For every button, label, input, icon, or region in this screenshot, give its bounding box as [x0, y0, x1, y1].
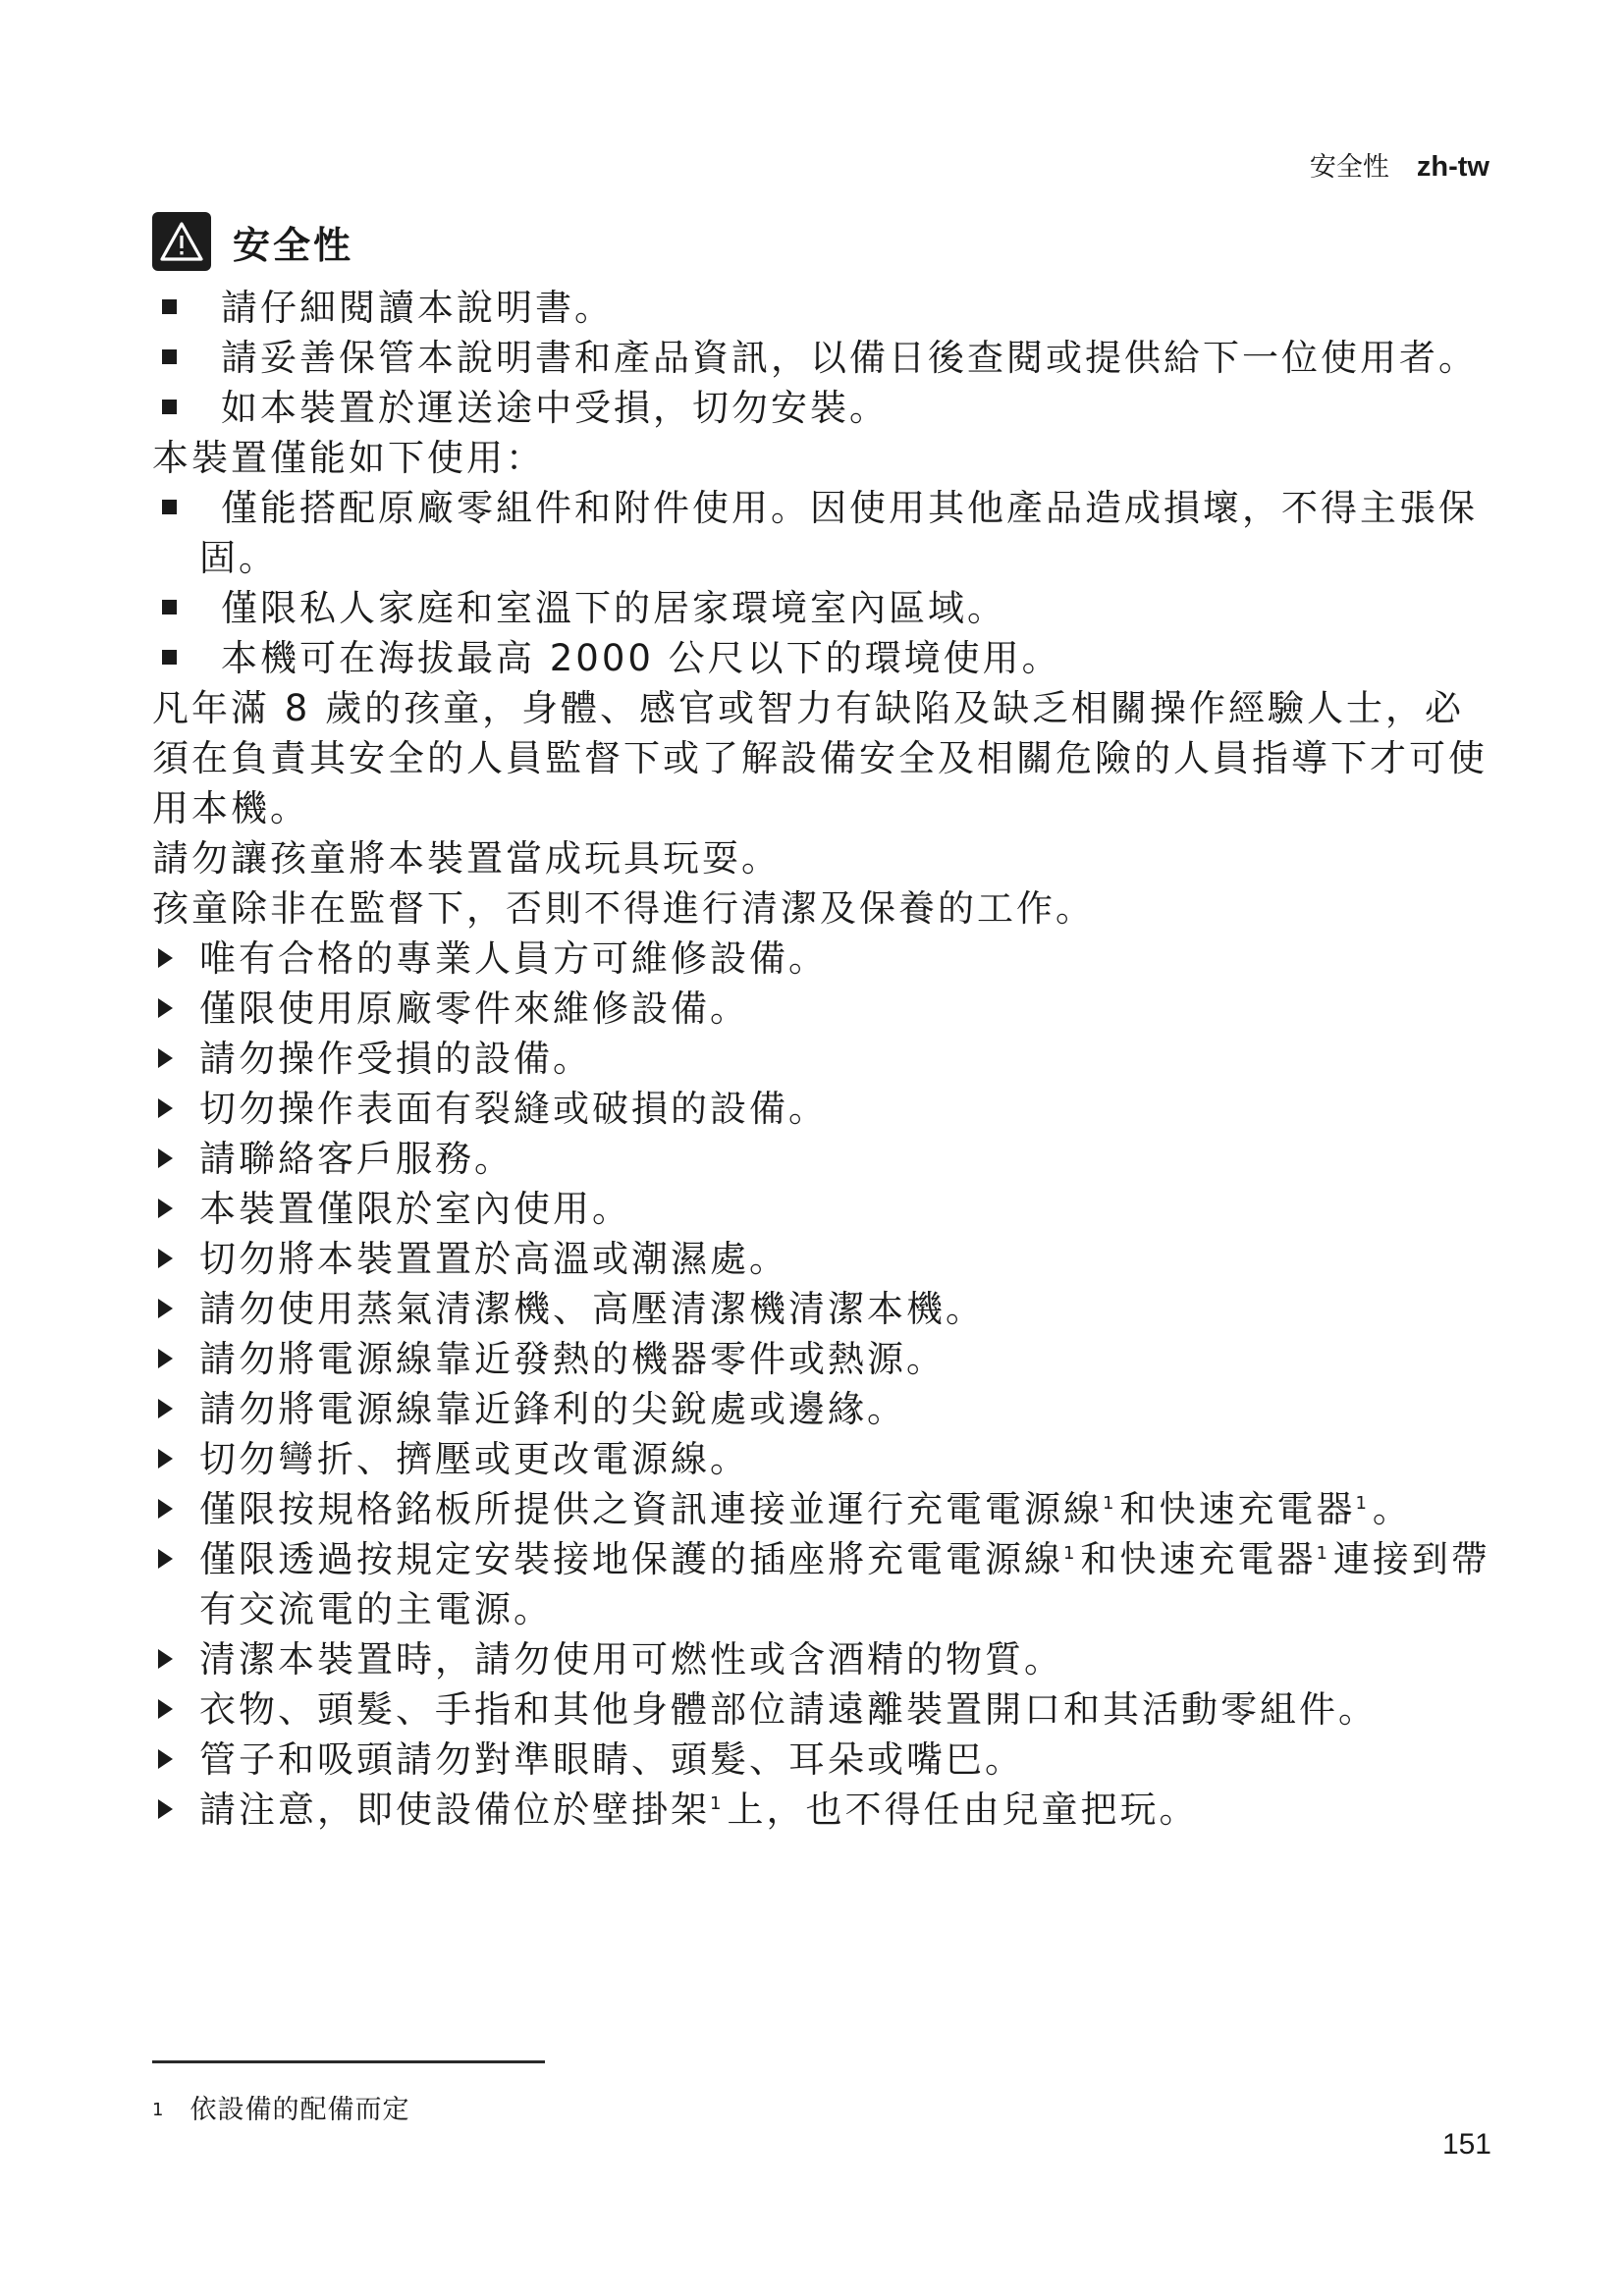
page-title: 安全性 — [233, 215, 353, 269]
triangle-bullet-icon — [158, 1098, 173, 1118]
list-item: 如本裝置於運送途中受損，切勿安裝。 — [152, 383, 1497, 433]
footnote-ref[interactable]: 1 — [1355, 1493, 1366, 1514]
list-item: 請勿使用蒸氣清潔機、高壓清潔機清潔本機。 — [152, 1284, 1497, 1334]
list-item: 切勿操作表面有裂縫或破損的設備。 — [152, 1084, 1497, 1134]
safety-content: 請仔細閱讀本說明書。 請妥善保管本說明書和產品資訊，以備日後查閱或提供給下一位使… — [152, 283, 1497, 1835]
square-bullet-icon — [162, 349, 177, 364]
running-header: 安全性zh-tw — [1310, 147, 1489, 187]
square-bullet-icon — [162, 650, 177, 665]
footnote-text: 依設備的配備而定 — [189, 2095, 409, 2125]
paragraph: 孩童除非在監督下，否則不得進行清潔及保養的工作。 — [152, 883, 1497, 934]
square-bullet-icon — [162, 600, 177, 614]
list-item: 僅能搭配原廠零組件和附件使用。因使用其他產品造成損壞，不得主張保固。 — [152, 483, 1497, 583]
triangle-bullet-icon — [158, 948, 173, 968]
triangle-bullet-icon — [158, 1649, 173, 1669]
triangle-bullet-icon — [158, 1199, 173, 1218]
triangle-bullet-icon — [158, 1299, 173, 1318]
triangle-bullet-icon — [158, 1349, 173, 1368]
list-item: 本機可在海拔最高 2000 公尺以下的環境使用。 — [152, 633, 1497, 683]
footnote-number: 1 — [152, 2100, 164, 2120]
paragraph: 本裝置僅能如下使用： — [152, 433, 1497, 483]
list-item: 請勿操作受損的設備。 — [152, 1034, 1497, 1084]
section-title-row: 安全性 — [152, 212, 353, 271]
triangle-bullet-icon — [158, 1749, 173, 1769]
warning-triangle-icon — [152, 212, 211, 271]
triangle-bullet-icon — [158, 1699, 173, 1719]
triangle-bullet-icon — [158, 1148, 173, 1168]
footnote-ref[interactable]: 1 — [1103, 1493, 1113, 1514]
list-item: 本裝置僅限於室內使用。 — [152, 1184, 1497, 1234]
footnote-ref[interactable]: 1 — [710, 1793, 721, 1814]
triangle-bullet-icon — [158, 1249, 173, 1268]
triangle-bullet-icon — [158, 1549, 173, 1569]
list-item: 請妥善保管本說明書和產品資訊，以備日後查閱或提供給下一位使用者。 — [152, 333, 1497, 383]
triangle-bullet-icon — [158, 1499, 173, 1519]
language-code: zh-tw — [1417, 151, 1489, 183]
footnote-ref[interactable]: 1 — [1063, 1543, 1074, 1564]
triangle-bullet-icon — [158, 1799, 173, 1819]
list-item: 唯有合格的專業人員方可維修設備。 — [152, 934, 1497, 984]
list-item: 請勿將電源線靠近鋒利的尖銳處或邊緣。 — [152, 1384, 1497, 1434]
paragraph: 請勿讓孩童將本裝置當成玩具玩耍。 — [152, 833, 1497, 883]
triangle-bullet-icon — [158, 1048, 173, 1068]
section-name: 安全性 — [1310, 152, 1389, 183]
paragraph: 凡年滿 8 歲的孩童，身體、感官或智力有缺陷及缺乏相關操作經驗人士，必須在負責其… — [152, 683, 1497, 833]
list-item: 僅限私人家庭和室溫下的居家環境室內區域。 — [152, 583, 1497, 633]
triangle-bullet-icon — [158, 1449, 173, 1468]
page-number: 151 — [1442, 2125, 1491, 2164]
square-bullet-icon — [162, 299, 177, 314]
list-item: 切勿將本裝置置於高溫或潮濕處。 — [152, 1234, 1497, 1284]
footnote: 1依設備的配備而定 — [152, 2091, 409, 2130]
list-item: 請注意，即使設備位於壁掛架1上，也不得任由兒童把玩。 — [152, 1785, 1497, 1835]
list-item: 請聯絡客戶服務。 — [152, 1134, 1497, 1184]
list-item: 僅限按規格銘板所提供之資訊連接並運行充電電源線1和快速充電器1。 — [152, 1484, 1497, 1534]
footnote-ref[interactable]: 1 — [1316, 1543, 1326, 1564]
list-item: 管子和吸頭請勿對準眼睛、頭髮、耳朵或嘴巴。 — [152, 1735, 1497, 1785]
list-item: 切勿彎折、擠壓或更改電源線。 — [152, 1434, 1497, 1484]
list-item: 清潔本裝置時，請勿使用可燃性或含酒精的物質。 — [152, 1634, 1497, 1684]
list-item: 僅限使用原廠零件來維修設備。 — [152, 984, 1497, 1034]
triangle-bullet-icon — [158, 1399, 173, 1418]
list-item: 請仔細閱讀本說明書。 — [152, 283, 1497, 333]
square-bullet-icon — [162, 400, 177, 414]
triangle-bullet-icon — [158, 998, 173, 1018]
list-item: 僅限透過按規定安裝接地保護的插座將充電電源線1和快速充電器1連接到帶有交流電的主… — [152, 1534, 1497, 1634]
footnote-divider — [152, 2060, 545, 2063]
list-item: 請勿將電源線靠近發熱的機器零件或熱源。 — [152, 1334, 1497, 1384]
list-item: 衣物、頭髮、手指和其他身體部位請遠離裝置開口和其活動零組件。 — [152, 1684, 1497, 1735]
square-bullet-icon — [162, 500, 177, 514]
